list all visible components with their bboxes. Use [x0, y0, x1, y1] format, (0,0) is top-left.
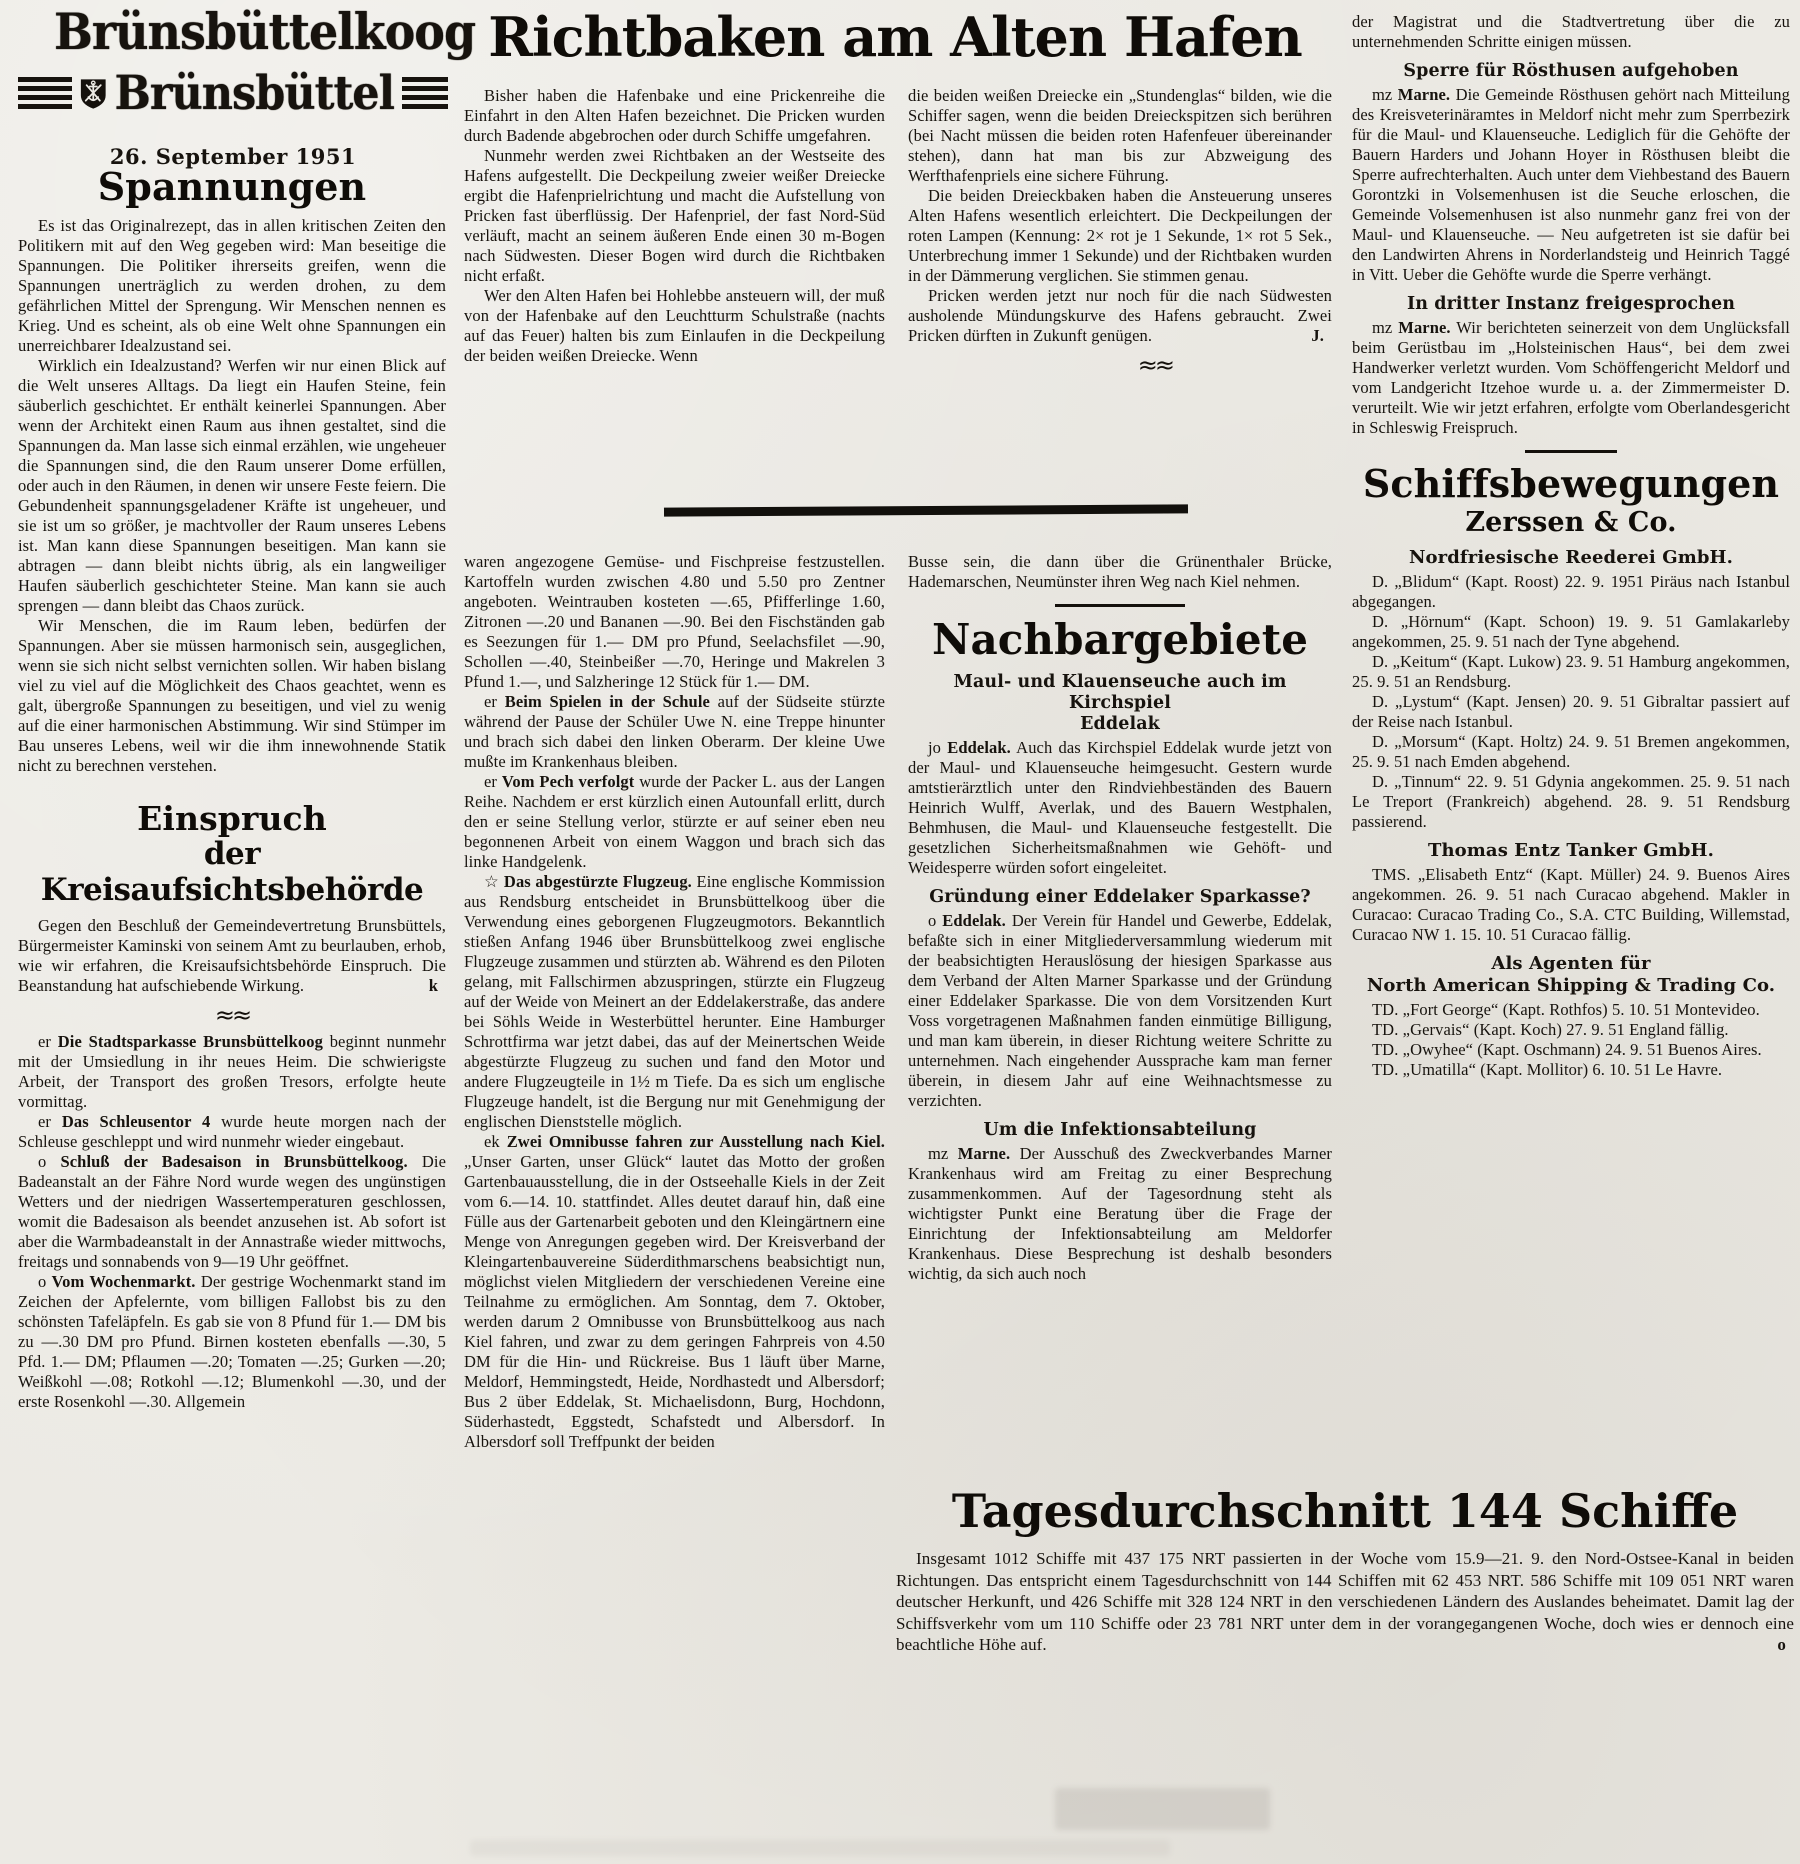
subhead-sparkasse: Gründung einer Eddelaker Sparkasse? — [908, 887, 1332, 908]
section-title-nachbargebiete: Nachbargebiete — [908, 617, 1332, 663]
item-lead: Marne. — [958, 1144, 1010, 1163]
spannungen-paragraph-3: Wir Menschen, die im Raum leben, bedürfe… — [18, 616, 446, 776]
news-item-stadtsparkasse: er Die Stadtsparkasse Brunsbüttelkoog be… — [18, 1032, 446, 1112]
item-prefix: mz — [1372, 318, 1392, 337]
item-lead: Das abgestürzte Flugzeug. — [504, 872, 692, 891]
ship-entry: D. „Hörnum“ (Kapt. Schoon) 19. 9. 51 Gam… — [1352, 612, 1790, 652]
newspaper-page: { "marks": { "squiggle": "≈≈" }, "masthe… — [0, 0, 1800, 1864]
column-4: der Magistrat und die Stadtvertretung üb… — [1352, 12, 1790, 1478]
item-text: Der Ausschuß des Zweckverbandes Marner K… — [908, 1144, 1332, 1283]
spannungen-paragraph-2: Wirklich ein Idealzustand? Werfen wir nu… — [18, 356, 446, 616]
masthead-flourish-right-icon — [402, 77, 448, 111]
richtbaken-left-paragraph-1: Bisher haben die Hafenbake und eine Pric… — [464, 86, 885, 146]
item-lead: Vom Wochenmarkt. — [52, 1272, 196, 1291]
ship-entry: TD. „Fort George“ (Kapt. Rothfos) 5. 10.… — [1352, 1000, 1790, 1020]
news-item-wochenmarkt: o Vom Wochenmarkt. Der gestrige Wochenma… — [18, 1272, 446, 1412]
item-prefix: er — [484, 772, 497, 791]
richtbaken-right-paragraph-2: Die beiden Dreieckbaken haben die Ansteu… — [908, 186, 1332, 286]
richtbaken-column-left: Bisher haben die Hafenbake und eine Pric… — [464, 86, 885, 510]
ship-entry: D. „Lystum“ (Kapt. Jensen) 20. 9. 51 Gib… — [1352, 692, 1790, 732]
item-text: Der gestrige Wochenmarkt stand im Zeiche… — [18, 1272, 446, 1411]
news-item-freispruch: mz Marne. Wir berichteten seinerzeit von… — [1352, 318, 1790, 438]
item-lead: Das Schleusentor 4 — [62, 1112, 211, 1131]
item-lead: Eddelak. — [942, 911, 1006, 930]
item-text: Eine englische Kommission aus Rendsburg … — [464, 872, 885, 1131]
item-lead: Beim Spielen in der Schule — [505, 692, 710, 711]
item-prefix: ek — [484, 1132, 500, 1151]
ship-entry: TD. „Owyhee“ (Kapt. Oschmann) 24. 9. 51 … — [1352, 1040, 1790, 1060]
news-item-omnibusse: ek Zwei Omnibusse fahren zur Ausstellung… — [464, 1132, 885, 1452]
subhead-dritte-instanz: In dritter Instanz freigesprochen — [1352, 294, 1790, 315]
article-title-richtbaken: Richtbaken am Alten Hafen — [455, 8, 1335, 66]
item-text: Auch das Kirchspiel Eddelak wurde jetzt … — [908, 738, 1332, 877]
article-title-tagesdurchschnitt: Tagesdurchschnitt 144 Schiffe — [896, 1486, 1794, 1536]
item-lead: Schluß der Badesaison in Brunsbüttelkoog… — [60, 1152, 407, 1171]
item-lead: Eddelak. — [947, 738, 1011, 757]
news-item-pech: er Vom Pech verfolgt wurde der Packer L.… — [464, 772, 885, 872]
news-item-badesaison: o Schluß der Badesaison in Brunsbüttelko… — [18, 1152, 446, 1272]
news-item-schleusentor: er Das Schleusentor 4 wurde heute morgen… — [18, 1112, 446, 1152]
item-text: Der Verein für Handel und Gewerbe, Eddel… — [908, 911, 1332, 1110]
item-lead: Marne. — [1398, 85, 1450, 104]
short-rule — [1055, 604, 1185, 607]
reederei-group-thomas-entz: Thomas Entz Tanker GmbH. — [1352, 840, 1790, 862]
news-item-eddelak-sparkasse: o Eddelak. Der Verein für Handel und Gew… — [908, 911, 1332, 1111]
masthead-title-line1: Brünsbüttelkoog — [18, 6, 448, 58]
reederei-group-agents-line1: Als Agenten für — [1352, 953, 1790, 975]
column-3: Busse sein, die dann über die Grünenthal… — [908, 552, 1332, 1486]
masthead-flourish-left-icon — [18, 77, 72, 111]
squiggle-divider: ≈≈ — [908, 354, 1332, 376]
news-item-flugzeug: ☆ Das abgestürzte Flugzeug. Eine englisc… — [464, 872, 885, 1132]
item-lead: Zwei Omnibusse fahren zur Ausstellung na… — [507, 1132, 885, 1151]
reederei-group-nordfriesische: Nordfriesische Reederei GmbH. — [1352, 547, 1790, 569]
ship-entry: D. „Keitum“ (Kapt. Lukow) 23. 9. 51 Hamb… — [1352, 652, 1790, 692]
ship-entry: D. „Morsum“ (Kapt. Holtz) 24. 9. 51 Brem… — [1352, 732, 1790, 772]
ship-entry: D. „Tinnum“ 22. 9. 51 Gdynia angekommen.… — [1352, 772, 1790, 832]
short-rule — [1525, 450, 1617, 453]
item-prefix: er — [38, 1112, 51, 1131]
item-prefix: o — [38, 1272, 46, 1291]
item-prefix: er — [484, 692, 497, 711]
squiggle-divider: ≈≈ — [18, 1004, 446, 1026]
star-icon: ☆ — [484, 872, 499, 891]
news-item-eddelak-seuche: jo Eddelak. Auch das Kirchspiel Eddelak … — [908, 738, 1332, 878]
news-item-roesthusen: mz Marne. Die Gemeinde Rösthusen gehört … — [1352, 85, 1790, 285]
richtbaken-left-paragraph-3: Wer den Alten Hafen bei Hohlebbe ansteue… — [464, 286, 885, 366]
subhead-infektionsabteilung: Um die Infektionsabteilung — [908, 1120, 1332, 1141]
item-text: „Unser Garten, unser Glück“ lautet das M… — [464, 1152, 885, 1451]
ship-entry: TD. „Umatilla“ (Kapt. Mollitor) 6. 10. 5… — [1352, 1060, 1790, 1080]
subhead-sperre-roesthusen: Sperre für Rösthusen aufgehoben — [1352, 61, 1790, 82]
subhead-klauenseuche-line1: Maul- und Klauenseuche auch im Kirchspie… — [908, 672, 1332, 714]
schiffsbewegungen-subtitle: Zerssen & Co. — [1352, 507, 1790, 539]
news-item-schule: er Beim Spielen in der Schule auf der Sü… — [464, 692, 885, 772]
ship-entry: D. „Blidum“ (Kapt. Roost) 22. 9. 1951 Pi… — [1352, 572, 1790, 612]
masthead-title-line2: Brünsbüttel — [115, 69, 394, 119]
subhead-klauenseuche-line2: Eddelak — [908, 714, 1332, 735]
item-lead: Vom Pech verfolgt — [502, 772, 634, 791]
section-title-schiffsbewegungen: Schiffsbewegungen — [1352, 463, 1790, 505]
masthead: Brünsbüttelkoog Brünsbüttel 26. Septembe… — [18, 6, 448, 169]
article-title-einspruch-line2: der Kreisaufsichtsbehörde — [18, 836, 446, 908]
richtbaken-column-right: die beiden weißen Dreiecke ein „Stundeng… — [908, 86, 1332, 536]
ship-entry: TD. „Gervais“ (Kapt. Koch) 27. 9. 51 Eng… — [1352, 1020, 1790, 1040]
item-prefix: jo — [928, 738, 941, 757]
item-prefix: mz — [1372, 85, 1392, 104]
wochenmarkt-fortsetzung: waren angezogene Gemüse- und Fischpreise… — [464, 552, 885, 692]
item-prefix: o — [928, 911, 936, 930]
anchor-crossed-hammers-shield-icon — [80, 56, 107, 132]
omnibusse-fortsetzung: Busse sein, die dann über die Grünenthal… — [908, 552, 1332, 592]
item-prefix: o — [38, 1152, 46, 1171]
item-lead: Die Stadtsparkasse Brunsbüttelkoog — [58, 1032, 323, 1051]
item-prefix: mz — [928, 1144, 948, 1163]
tagesdurchschnitt-article: Tagesdurchschnitt 144 Schiffe Insgesamt … — [896, 1486, 1794, 1656]
ship-entry: TMS. „Elisabeth Entz“ (Kapt. Müller) 24.… — [1352, 865, 1790, 945]
column-1: Spannungen Es ist das Originalrezept, da… — [18, 150, 446, 1864]
reederei-group-agents-line2: North American Shipping & Trading Co. — [1352, 975, 1790, 997]
item-text: Die Gemeinde Rösthusen gehört nach Mitte… — [1352, 85, 1790, 284]
print-smudge — [470, 1840, 1170, 1856]
spannungen-paragraph-1: Es ist das Originalrezept, das in allen … — [18, 216, 446, 356]
news-item-marne-krankenhaus: mz Marne. Der Ausschuß des Zweckverbande… — [908, 1144, 1332, 1284]
richtbaken-left-paragraph-2: Nunmehr werden zwei Richtbaken an der We… — [464, 146, 885, 286]
column-2: waren angezogene Gemüse- und Fischpreise… — [464, 552, 885, 1864]
article-title-einspruch-line1: Einspruch — [18, 802, 446, 836]
article-title-spannungen: Spannungen — [18, 166, 446, 208]
item-lead: Marne. — [1398, 318, 1450, 337]
item-prefix: er — [38, 1032, 51, 1051]
magistrat-fortsetzung: der Magistrat und die Stadtvertretung üb… — [1352, 12, 1790, 52]
print-smudge — [1055, 1788, 1270, 1830]
richtbaken-right-paragraph-1: die beiden weißen Dreiecke ein „Stundeng… — [908, 86, 1332, 186]
